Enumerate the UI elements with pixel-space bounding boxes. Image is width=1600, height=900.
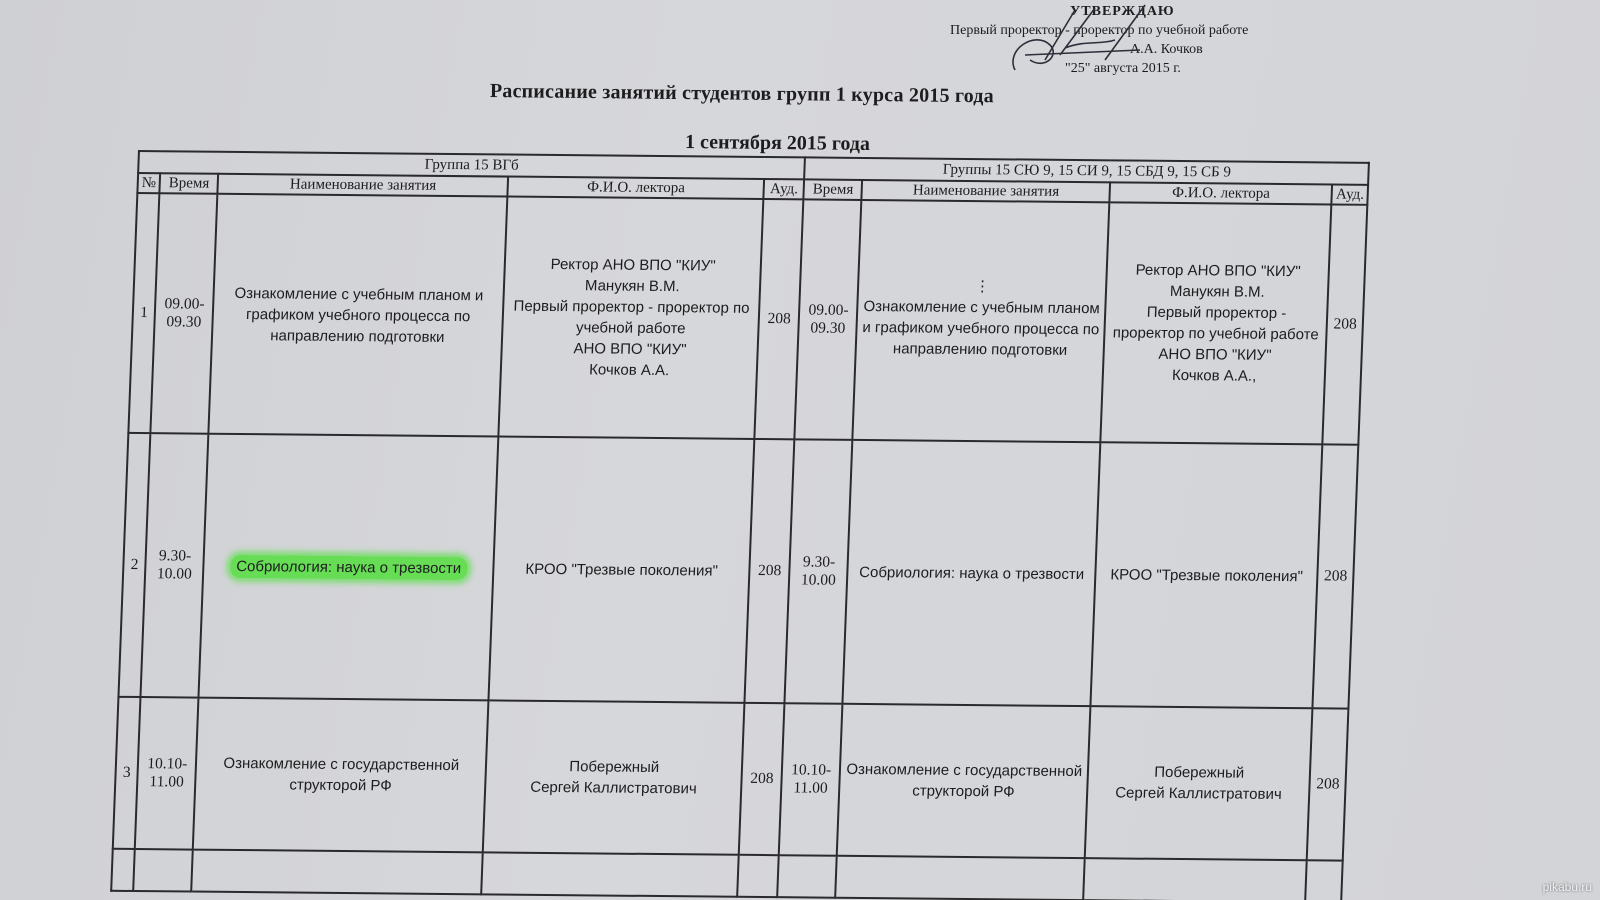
row-time-right: 09.00- 09.30 (795, 199, 862, 439)
row-time: 09.00- 09.30 (151, 193, 218, 433)
table-row: 1 09.00- 09.30 Ознакомление с учебным пл… (128, 193, 1367, 445)
row-time-right: 9.30- 10.00 (785, 439, 853, 703)
row-subject-right-text: Ознакомление с учебным планом и графиком… (862, 297, 1100, 358)
schedule-sheet: Группа 15 ВГб Группы 15 СЮ 9, 15 СИ 9, 1… (110, 150, 1370, 900)
row-subject-right: Ознакомление с государственной структоро… (837, 704, 1091, 858)
empty-cell (835, 856, 1085, 900)
col-subject-right: Наименование занятия (862, 180, 1111, 202)
row-subject: Ознакомление с государственной структоро… (193, 698, 489, 853)
empty-cell (1083, 858, 1307, 900)
signature-icon (1005, 0, 1165, 80)
empty-cell (1305, 860, 1343, 900)
highlighted-subject: Собриология: наука о трезвости (230, 554, 468, 579)
empty-cell (191, 850, 483, 895)
watermark: pikabu.ru (1543, 880, 1592, 894)
row-subject-right: Собриология: наука о трезвости (843, 440, 1101, 706)
empty-cell (111, 849, 135, 891)
row-lecturer: Ректор АНО ВПО "КИУ" Манукян В.М. Первый… (499, 197, 764, 439)
row-lecturer-right: КРОО "Трезвые поколения" (1091, 442, 1323, 708)
row-time: 9.30- 10.00 (141, 433, 209, 697)
table-row: 2 9.30- 10.00 Собриология: наука о трезв… (118, 433, 1358, 709)
empty-cell (777, 855, 837, 898)
col-lecturer-right: Ф.И.О. лектора (1110, 182, 1333, 204)
empty-cell (134, 849, 194, 892)
row-time: 10.10- 11.00 (135, 697, 199, 850)
row-subject: Собриология: наука о трезвости (199, 434, 499, 701)
col-room-right: Ауд. (1332, 184, 1369, 204)
row-lecturer: КРОО "Трезвые поколения" (489, 436, 755, 702)
col-subject: Наименование занятия (218, 174, 509, 197)
document-title: Расписание занятий студентов групп 1 кур… (490, 80, 994, 108)
col-time-right: Время (804, 179, 863, 200)
row-time-right: 10.10- 11.00 (779, 703, 843, 856)
row-subject-right: ⋮Ознакомление с учебным планом и графико… (853, 200, 1110, 442)
col-lecturer: Ф.И.О. лектора (508, 177, 765, 199)
col-room: Ауд. (764, 179, 805, 199)
row-lecturer: Побережный Сергей Каллистратович (483, 700, 745, 854)
row-room-right: 208 (1323, 204, 1368, 444)
empty-cell (481, 852, 739, 896)
table-row: 3 10.10- 11.00 Ознакомление с государств… (113, 697, 1349, 861)
empty-cell (737, 855, 779, 897)
row-lecturer-right: Ректор АНО ВПО "КИУ" Манукян В.М. Первый… (1101, 202, 1332, 444)
row-room-right: 208 (1307, 708, 1349, 860)
dots-mark: ⋮ (862, 281, 1102, 291)
col-number: № (137, 173, 160, 193)
schedule-table: Группа 15 ВГб Группы 15 СЮ 9, 15 СИ 9, 1… (110, 150, 1370, 900)
row-room: 208 (739, 703, 785, 855)
row-lecturer-right: Побережный Сергей Каллистратович (1085, 706, 1313, 860)
row-subject: Ознакомление с учебным планом и графиком… (209, 194, 508, 437)
document-subtitle: 1 сентября 2015 года (685, 131, 870, 156)
col-time: Время (160, 173, 219, 194)
